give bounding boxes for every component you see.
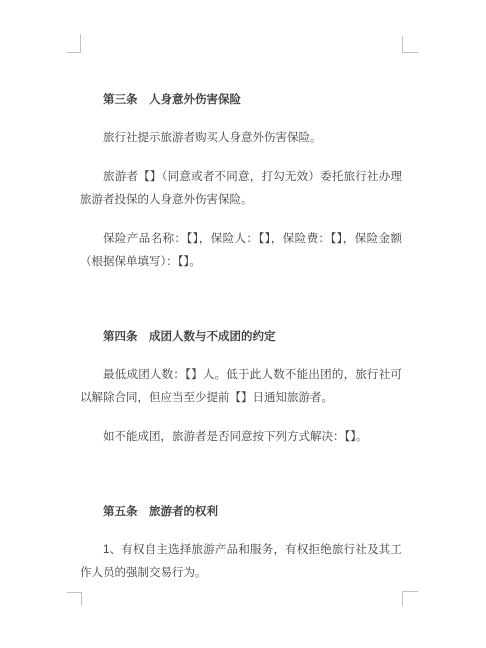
crop-mark-bottom-right <box>402 591 418 606</box>
article-3-heading: 第三条 人身意外伤害保险 <box>80 89 402 112</box>
article-5-heading: 第五条 旅游者的权利 <box>80 501 402 524</box>
article-4-paragraph-2: 如不能成团，旅游者是否同意按下列方式解决：【】。 <box>80 426 402 449</box>
document-content: 第三条 人身意外伤害保险 旅行社提示旅游者购买人身意外伤害保险。 旅游者【】（同… <box>80 89 402 601</box>
section-article-5: 第五条 旅游者的权利 1、有权自主选择旅游产品和服务，有权拒绝旅行社及其工作人员… <box>80 501 402 585</box>
section-article-4: 第四条 成团人数与不成团的约定 最低成团人数：【】人。低于此人数不能出团的，旅行… <box>80 326 402 449</box>
article-5-paragraph-1: 1、有权自主选择旅游产品和服务，有权拒绝旅行社及其工作人员的强制交易行为。 <box>80 539 402 585</box>
section-article-3: 第三条 人身意外伤害保险 旅行社提示旅游者购买人身意外伤害保险。 旅游者【】（同… <box>80 89 402 274</box>
crop-mark-top-left <box>67 34 81 53</box>
article-3-paragraph-3: 保险产品名称：【】，保险人：【】，保险费：【】，保险金额（根据保单填写）：【】。 <box>80 228 402 274</box>
crop-mark-top-right <box>402 36 418 53</box>
article-3-paragraph-2: 旅游者【】（同意或者不同意，打勾无效）委托旅行社办理旅游者投保的人身意外伤害保险… <box>80 166 402 212</box>
document-page: 第三条 人身意外伤害保险 旅行社提示旅游者购买人身意外伤害保险。 旅游者【】（同… <box>0 0 486 648</box>
article-4-heading: 第四条 成团人数与不成团的约定 <box>80 326 402 349</box>
article-4-paragraph-1: 最低成团人数：【】人。低于此人数不能出团的，旅行社可以解除合同，但应当至少提前【… <box>80 364 402 410</box>
article-3-paragraph-1: 旅行社提示旅游者购买人身意外伤害保险。 <box>80 127 402 150</box>
